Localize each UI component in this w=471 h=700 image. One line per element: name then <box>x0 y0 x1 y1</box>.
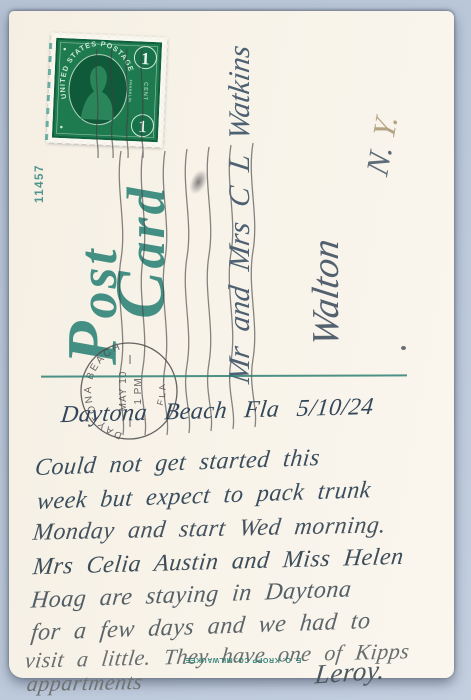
message-line: Monday and start Wed morning. <box>32 513 388 544</box>
address-state-y: Y. <box>366 109 405 143</box>
address-state-n: N. <box>359 139 399 179</box>
address-state-line: N. Y. <box>361 110 402 179</box>
message-line: Mrs Celia Austin and Miss Helen <box>32 545 405 579</box>
circular-postmark: DAYTONA BEACH FLA. MAY 10 1 PM <box>73 335 185 447</box>
address-recipient-line: Mr and Mrs C L Watkins <box>225 43 255 385</box>
publisher-imprint: E. O. KROPP CO. MILWAUKEE <box>177 656 309 663</box>
message-line: appartments <box>26 671 144 695</box>
message-line: Hoag are staying in Daytona <box>30 577 353 612</box>
address-city-line: Walton <box>307 237 345 349</box>
message-line: Could not get started this <box>34 446 321 480</box>
scanned-postcard-photo: { "colors": { "background": "#bac7d8", "… <box>0 0 471 700</box>
postcard-back: 11457 Post Card UNITED STATES POSTAGE FR… <box>9 11 454 678</box>
message-signature: Leroy. <box>314 656 387 688</box>
ink-speck <box>401 346 406 350</box>
printer-control-number: 11457 <box>35 164 47 203</box>
message-line: week but expect to pack trunk <box>36 478 372 514</box>
